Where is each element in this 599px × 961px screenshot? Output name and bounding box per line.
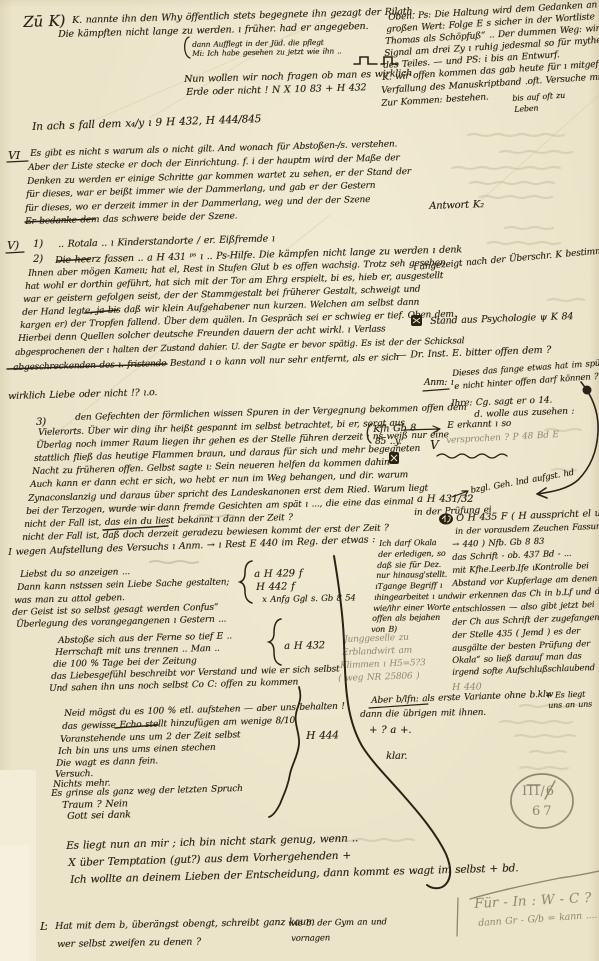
note-aber-line: + Es liegt — [545, 691, 585, 700]
margin-h435-line: der Ch aus Schrift der zugefangenen Ch — [452, 613, 599, 628]
manuscript-page: III/6 67 Für - In : W - C ? dann Gr - G/… — [0, 0, 599, 961]
footnote-line: Ŀ — [40, 921, 47, 932]
para-bottom-line: X über Temptation (gut?) aus dem Vorherg… — [68, 851, 351, 869]
para-top-left-line: Mi: Ich habe gesehen zu jetzt wie ihn .. — [192, 47, 342, 57]
v-label-line: V) — [7, 240, 19, 251]
item-1-line: .. Rotala .. ı Kinderstandorte / er. Eiß… — [58, 234, 275, 249]
margin-h435-line: → 440 ) Nfb. Gb 8 83 — [452, 538, 544, 550]
col3-okala-line: ıhingearbeitet ı und — [374, 593, 453, 602]
list-g-line: das gewisse Echo stellt hinzufügen am we… — [62, 717, 295, 732]
col3-okala-line: offen als bejahen — [372, 614, 440, 623]
margin-h435-line: mit Kfhe.Leerb.Ife ıKontrolle bei — [452, 562, 589, 575]
list-e-line: Liebst du so anzeigen ... — [20, 568, 130, 580]
footnote-line: vornagen — [291, 934, 330, 943]
corner-note-line2: dann Gr - G/b = kann .... — [478, 911, 597, 929]
list-e-line: Dann kann nstssen sein Liebe Sache gesta… — [17, 578, 229, 593]
item-2-line: abgeschreckenden des ı. fristende Bestan… — [13, 354, 399, 373]
brace-h432 — [269, 619, 281, 665]
margin-h435-line: wir erkennen das Ch in b.Lf und damals. — [452, 587, 599, 602]
col3-okala-line: nur hinausg'stellt. — [376, 571, 447, 580]
para-top-right-line: bis auf oft zu — [512, 92, 565, 103]
margin-h435-line: der Stelle 435 ( Jemd ) es der — [452, 628, 580, 641]
para-bottom-line: Es liegt nun an mir ; ich bin nicht star… — [66, 833, 358, 851]
margin-h435-line: in der vorausdem Zeuchen Fassung — [455, 523, 599, 537]
list-g-line: Gott sei dank — [67, 810, 131, 821]
note-antwort-line: Antwort K₂ — [429, 200, 484, 212]
col3-okala-line: der erledigen, so — [378, 550, 446, 559]
pencil-junggeselle-line: Klimmen ı H5=5?3 — [340, 659, 426, 671]
margin-h435-line: entschlossen — also gibt jetzt bei — [452, 601, 594, 614]
margin-h431-line: bzgl. Geh. lnd aufgst. hd — [470, 469, 575, 496]
sigla-e-line: x Anfg Ggl s. Gb 8 54 — [262, 594, 356, 604]
col3-okala-line: wie/ihr einer Worte — [373, 604, 450, 613]
brace-h429 — [240, 561, 252, 603]
pencil-junggeselle-line: Junggeselle zu — [344, 634, 409, 645]
margin-kfh-line: Kfh Gb 8 — [373, 424, 416, 435]
note-aber-line: dann die übrigen mit ihnen. — [360, 709, 486, 720]
label-h440-line: H 440 — [452, 682, 482, 692]
margin-h435-line: Abstand vor Kupferlage am denen — [452, 575, 597, 589]
pencil-junggeselle-line: Erblandwirt am — [342, 647, 412, 658]
paper-edge-patch-2 — [0, 845, 30, 961]
margin-h431-line: a H 431/32 — [417, 495, 473, 505]
v-wavy-underline — [437, 454, 507, 458]
note-nun-wollen-line: Erde oder nicht ! N X 10 83 + H 432 — [186, 83, 366, 97]
list-e-line: Überlegung des vorangegangenen ı Gestern… — [16, 615, 226, 629]
sigla-e-line: a H 429 f — [254, 569, 302, 580]
note-nun-wollen-line: Nun wollen wir noch fragen ob man es wir… — [184, 69, 412, 84]
para-top-right-line: Leben — [514, 105, 539, 114]
line-in-ach-line: In ach s fall dem x₄/y ı 9 H 432, H 444/… — [32, 114, 261, 132]
margin-kfh-line: E erkannt ı so — [447, 420, 511, 431]
item-2-line: wirklich Liebe oder nicht !? ı.o. — [8, 388, 157, 401]
para-vi-line: Er bedanke dem das schwere beide der Sze… — [25, 212, 237, 227]
para-top-right-line: Zur Kommen: bestehen. — [381, 93, 489, 109]
margin-kfh-line: V — [430, 439, 438, 451]
list-g-line: Ich bin uns uns ums einen stechen — [58, 744, 216, 757]
col3-okala-line: ıTgange Begriff ı — [375, 582, 442, 591]
col3-okala-line: daß sie für Dez. — [377, 561, 441, 570]
list-e-line: was man zu attol geben. — [14, 594, 125, 606]
note-aber-line: + ? a +. — [369, 726, 411, 736]
vi-label-line: VI — [8, 150, 20, 161]
top-bracket — [185, 37, 190, 58]
footnote-line: Hat mit dem b, überängst obengt, schreib… — [55, 917, 315, 931]
corner-note-line1: Für - In : W - C ? — [474, 892, 592, 912]
sigla-e-line: H 442 f — [256, 582, 295, 593]
item-3-line: den Gefechten der förmlichen wissen Spur… — [75, 404, 467, 423]
pencil-junggeselle-line: ( weg NR 25806 ) — [338, 672, 420, 684]
marker-dot — [583, 386, 592, 395]
footnote-line: wie b. der Gym an und — [288, 918, 387, 928]
circle-stamp-outline — [511, 774, 573, 828]
stamp-lower-number: 67 — [532, 805, 555, 818]
list-g-line: Neid mögst du es 100 % etl. aufstehen — … — [64, 703, 345, 719]
margin-anm-line: Anm: ı — [424, 379, 453, 388]
footnote-line: wer selbst zweifen zu denen ? — [57, 937, 201, 949]
margin-kfh-line: versprochen ? P 48 Bd E — [446, 431, 559, 446]
item-1-line: 1) — [33, 240, 43, 250]
item-3-line: 3) — [36, 418, 46, 428]
zu-k-heading-line: Zū K) — [23, 14, 65, 30]
stamp-upper-number: III/6 — [522, 785, 555, 798]
col3-okala-line: Ich darf Okala — [379, 539, 436, 548]
list-g-line: Die wagt es dann fein. — [56, 757, 158, 769]
pencil-tick-vertical — [457, 898, 458, 936]
note-aber-line: Aber b/lfn: als erste Variante ohne b.kl… — [371, 691, 553, 706]
margin-dr-inst-line: — Dr. Inst. E. bitter offen dem ? — [397, 346, 551, 361]
note-aber-line: klar. — [386, 752, 407, 762]
margin-anm-line: d. wolle aus zusehen : — [474, 408, 574, 420]
label-h444-line: H 444 — [306, 730, 339, 741]
item-2-line: 2) — [33, 255, 43, 265]
note-aber-line: uns an uns — [548, 700, 592, 710]
sigla-f-line: a H 432 — [284, 641, 325, 652]
margin-h435-line: das Schrift - ob. 437 Bd - ... — [452, 550, 571, 563]
margin-kfh-line: 85 ..y. — [375, 438, 401, 447]
